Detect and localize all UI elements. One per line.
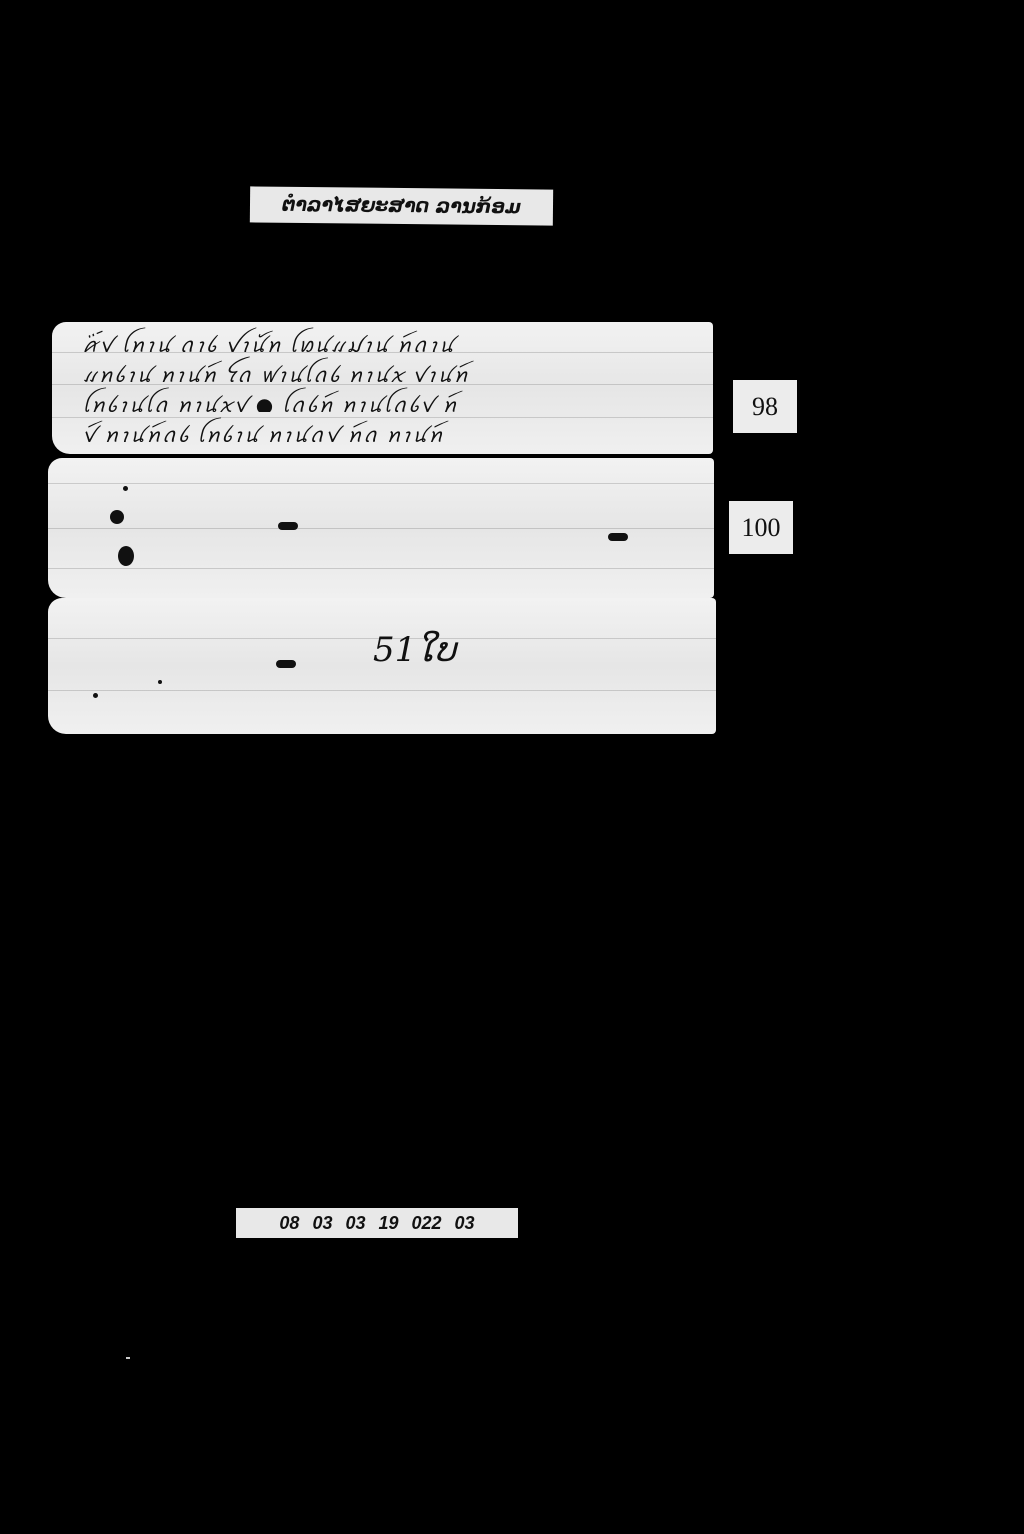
ink-stain [93, 693, 98, 698]
palm-leaf-page-3: 51ໃບ [48, 598, 716, 734]
script-line: ꪶꪀꪉꪱꪙꪶꪒ ꪀꪱꪙꪎꪚ ● ꪶꪒꪉꪀꪷ ꪀꪱꪙꪶꪒꪉꪚ ꪀꪷ [82, 386, 703, 412]
page-number-100: 100 [729, 501, 793, 554]
ink-stain [123, 486, 128, 491]
ink-stain [118, 546, 134, 566]
ink-stain [158, 680, 162, 684]
binding-hole [608, 533, 628, 541]
script-line: ꪵꪀꪉꪱꪙ ꪀꪱꪙꪀꪷ ꪼꪒ ꪝꪱꪙꪶꪒꪉ ꪀꪱꪙꪎ ꪚꪱꪙꪀꪷ [82, 356, 703, 382]
palm-leaf-page-1: ꪁꪾꪚ ꪶꪀꪱꪙ ꪒꪱꪉ ꪜꪱꪙꪰꪀ ꪶꪭꪙꪵꪣꪱꪙ ꪀꪷꪒꪱꪙ ꪵꪀꪉꪱꪙ ꪀ… [52, 322, 713, 454]
binding-hole [278, 522, 298, 530]
dust-speck [126, 1357, 130, 1359]
manuscript-title-label: ຕຳລາໄສຍະສາດ ລານກ້ອມ [250, 186, 553, 225]
palm-leaf-page-2 [48, 458, 714, 598]
page-number-98: 98 [733, 380, 797, 433]
script-line: ꪁꪾꪚ ꪶꪀꪱꪙ ꪒꪱꪉ ꪜꪱꪙꪰꪀ ꪶꪭꪙꪵꪣꪱꪙ ꪀꪷꪒꪱꪙ [82, 326, 703, 352]
binding-hole [276, 660, 296, 668]
script-line: ꪚꪷ ꪀꪱꪙꪀꪷꪒꪉ ꪶꪀꪉꪱꪙ ꪀꪱꪙꪒꪚ ꪀꪷꪒ ꪀꪱꪙꪀꪷ [82, 416, 703, 442]
archive-code-label: 08 03 03 19 022 03 [236, 1208, 518, 1238]
ink-stain [110, 510, 124, 524]
handwritten-leaf-count: 51ໃບ [373, 630, 456, 670]
